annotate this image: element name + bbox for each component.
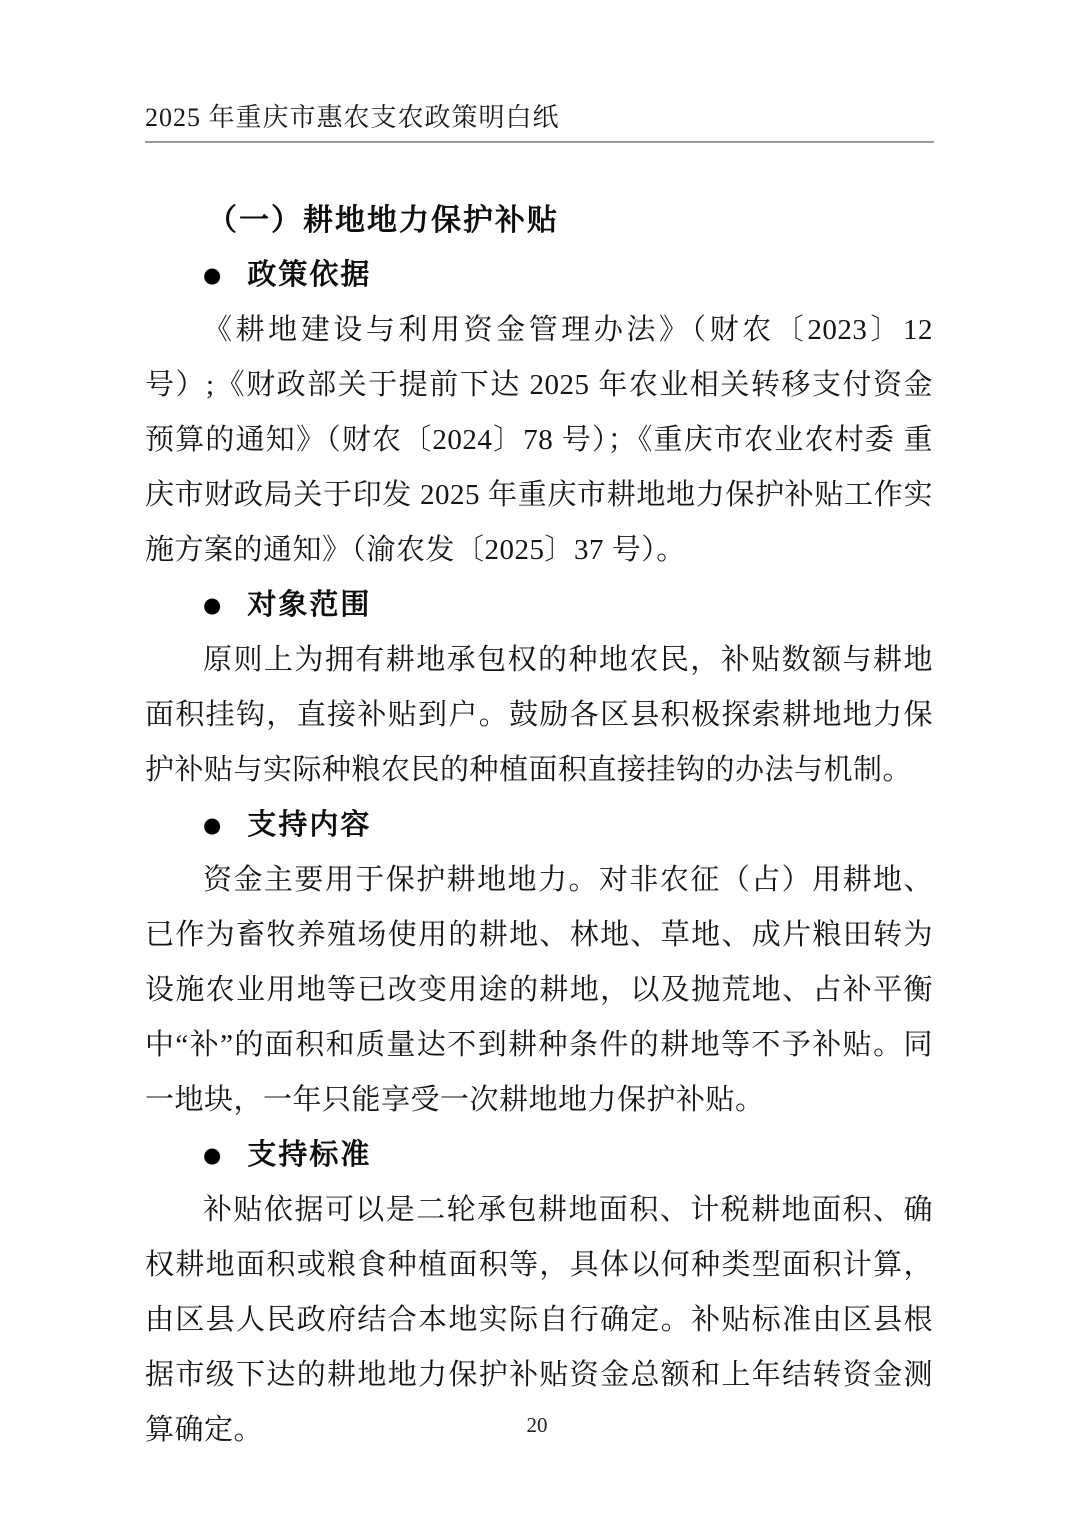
paragraph-support-content: 资金主要用于保护耕地地力。对非农征（占）用耕地、已作为畜牧养殖场使用的耕地、林地… bbox=[145, 853, 933, 1128]
bullet-icon: ● bbox=[203, 248, 223, 303]
bullet-heading-label: 支持内容 bbox=[247, 798, 371, 853]
bullet-heading-label: 对象范围 bbox=[247, 578, 371, 633]
bullet-icon: ● bbox=[203, 1128, 223, 1183]
section-title: （一）耕地地力保护补贴 bbox=[145, 193, 933, 248]
paragraph-policy-basis: 《耕地建设与利用资金管理办法》（财农〔2023〕12 号）;《财政部关于提前下达… bbox=[145, 303, 933, 578]
bullet-heading-policy-basis: ● 政策依据 bbox=[145, 248, 933, 303]
document-header-title: 2025 年重庆市惠农支农政策明白纸 bbox=[145, 101, 934, 135]
paragraph-target-scope: 原则上为拥有耕地承包权的种地农民，补贴数额与耕地面积挂钩，直接补贴到户。鼓励各区… bbox=[145, 633, 933, 798]
bullet-icon: ● bbox=[203, 798, 223, 853]
document-page: 2025 年重庆市惠农支农政策明白纸 （一）耕地地力保护补贴 ● 政策依据 《耕… bbox=[0, 0, 1074, 1520]
bullet-heading-label: 政策依据 bbox=[247, 248, 371, 303]
bullet-icon: ● bbox=[203, 578, 223, 633]
bullet-heading-target-scope: ● 对象范围 bbox=[145, 578, 933, 633]
page-header: 2025 年重庆市惠农支农政策明白纸 bbox=[145, 101, 934, 143]
document-body: （一）耕地地力保护补贴 ● 政策依据 《耕地建设与利用资金管理办法》（财农〔20… bbox=[145, 193, 933, 1458]
bullet-heading-support-content: ● 支持内容 bbox=[145, 798, 933, 853]
bullet-heading-label: 支持标准 bbox=[247, 1128, 371, 1183]
page-number: 20 bbox=[0, 1413, 1074, 1438]
bullet-heading-support-standard: ● 支持标准 bbox=[145, 1128, 933, 1183]
